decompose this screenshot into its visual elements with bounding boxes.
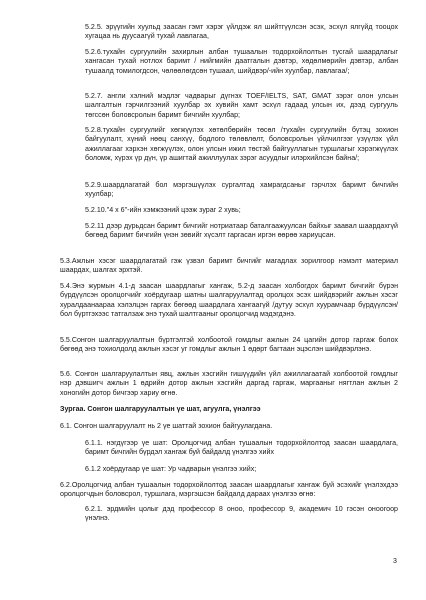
clause-6-2-1: 6.2.1. эрдмийн цолыг дэд профессор 8 оно… bbox=[85, 505, 398, 524]
clause-6-2: 6.2.Оролцогчид албан тушаалын тодорхойло… bbox=[60, 481, 398, 500]
page-number: 3 bbox=[393, 557, 397, 566]
clause-6-1-2: 6.1.2 хоёрдугаар үе шат: Ур чадварын үнэ… bbox=[85, 465, 398, 474]
clause-5-2-9: 5.2.9.шаардлагатай бол мэргэшүүлэх сурга… bbox=[85, 181, 398, 200]
clause-5-6: 5.6. Сонгон шалгаруулалтын явц, ажлын хэ… bbox=[60, 370, 398, 398]
section-heading-6: Зургаа. Сонгон шалгаруулалтын үе шат, аг… bbox=[60, 405, 398, 414]
clause-6-1: 6.1. Сонгон шалгаруулалт нь 2 үе шаттай … bbox=[60, 422, 398, 431]
clause-5-5: 5.5.Сонгон шалгаруулалтын бүртгэлтэй хол… bbox=[60, 336, 398, 355]
clause-5-2-8: 5.2.8.тухайн сургуулийг хөгжүүлэх хөтөлб… bbox=[85, 126, 398, 164]
clause-5-3: 5.3.Ажлын хэсэг шаардлагатай гэж үзвэл б… bbox=[60, 257, 398, 276]
clause-5-2-6: 5.2.6.тухайн сургуулийн захирлын албан т… bbox=[85, 48, 398, 76]
clause-5-2-10: 5.2.10."4 x 6"-ийн хэмжээний цээж зураг … bbox=[85, 206, 398, 215]
clause-5-2-11: 5.2.11 дээр дурьдсан баримт бичгийг нотр… bbox=[85, 222, 398, 241]
document-page: 5.2.5. эрүүгийн хуульд заасан гэмт хэрэг… bbox=[0, 0, 426, 600]
clause-6-1-1: 6.1.1. нэгдүгээр үе шат: Оролцогчид алба… bbox=[85, 439, 398, 458]
clause-5-2-7: 5.2.7. англи хэлний мэдлэг чадварыг дүгн… bbox=[85, 92, 398, 120]
clause-5-2-5: 5.2.5. эрүүгийн хуульд заасан гэмт хэрэг… bbox=[85, 23, 398, 42]
clause-5-4: 5.4.Энэ журмын 4.1-д заасан шаардлагыг х… bbox=[60, 282, 398, 320]
